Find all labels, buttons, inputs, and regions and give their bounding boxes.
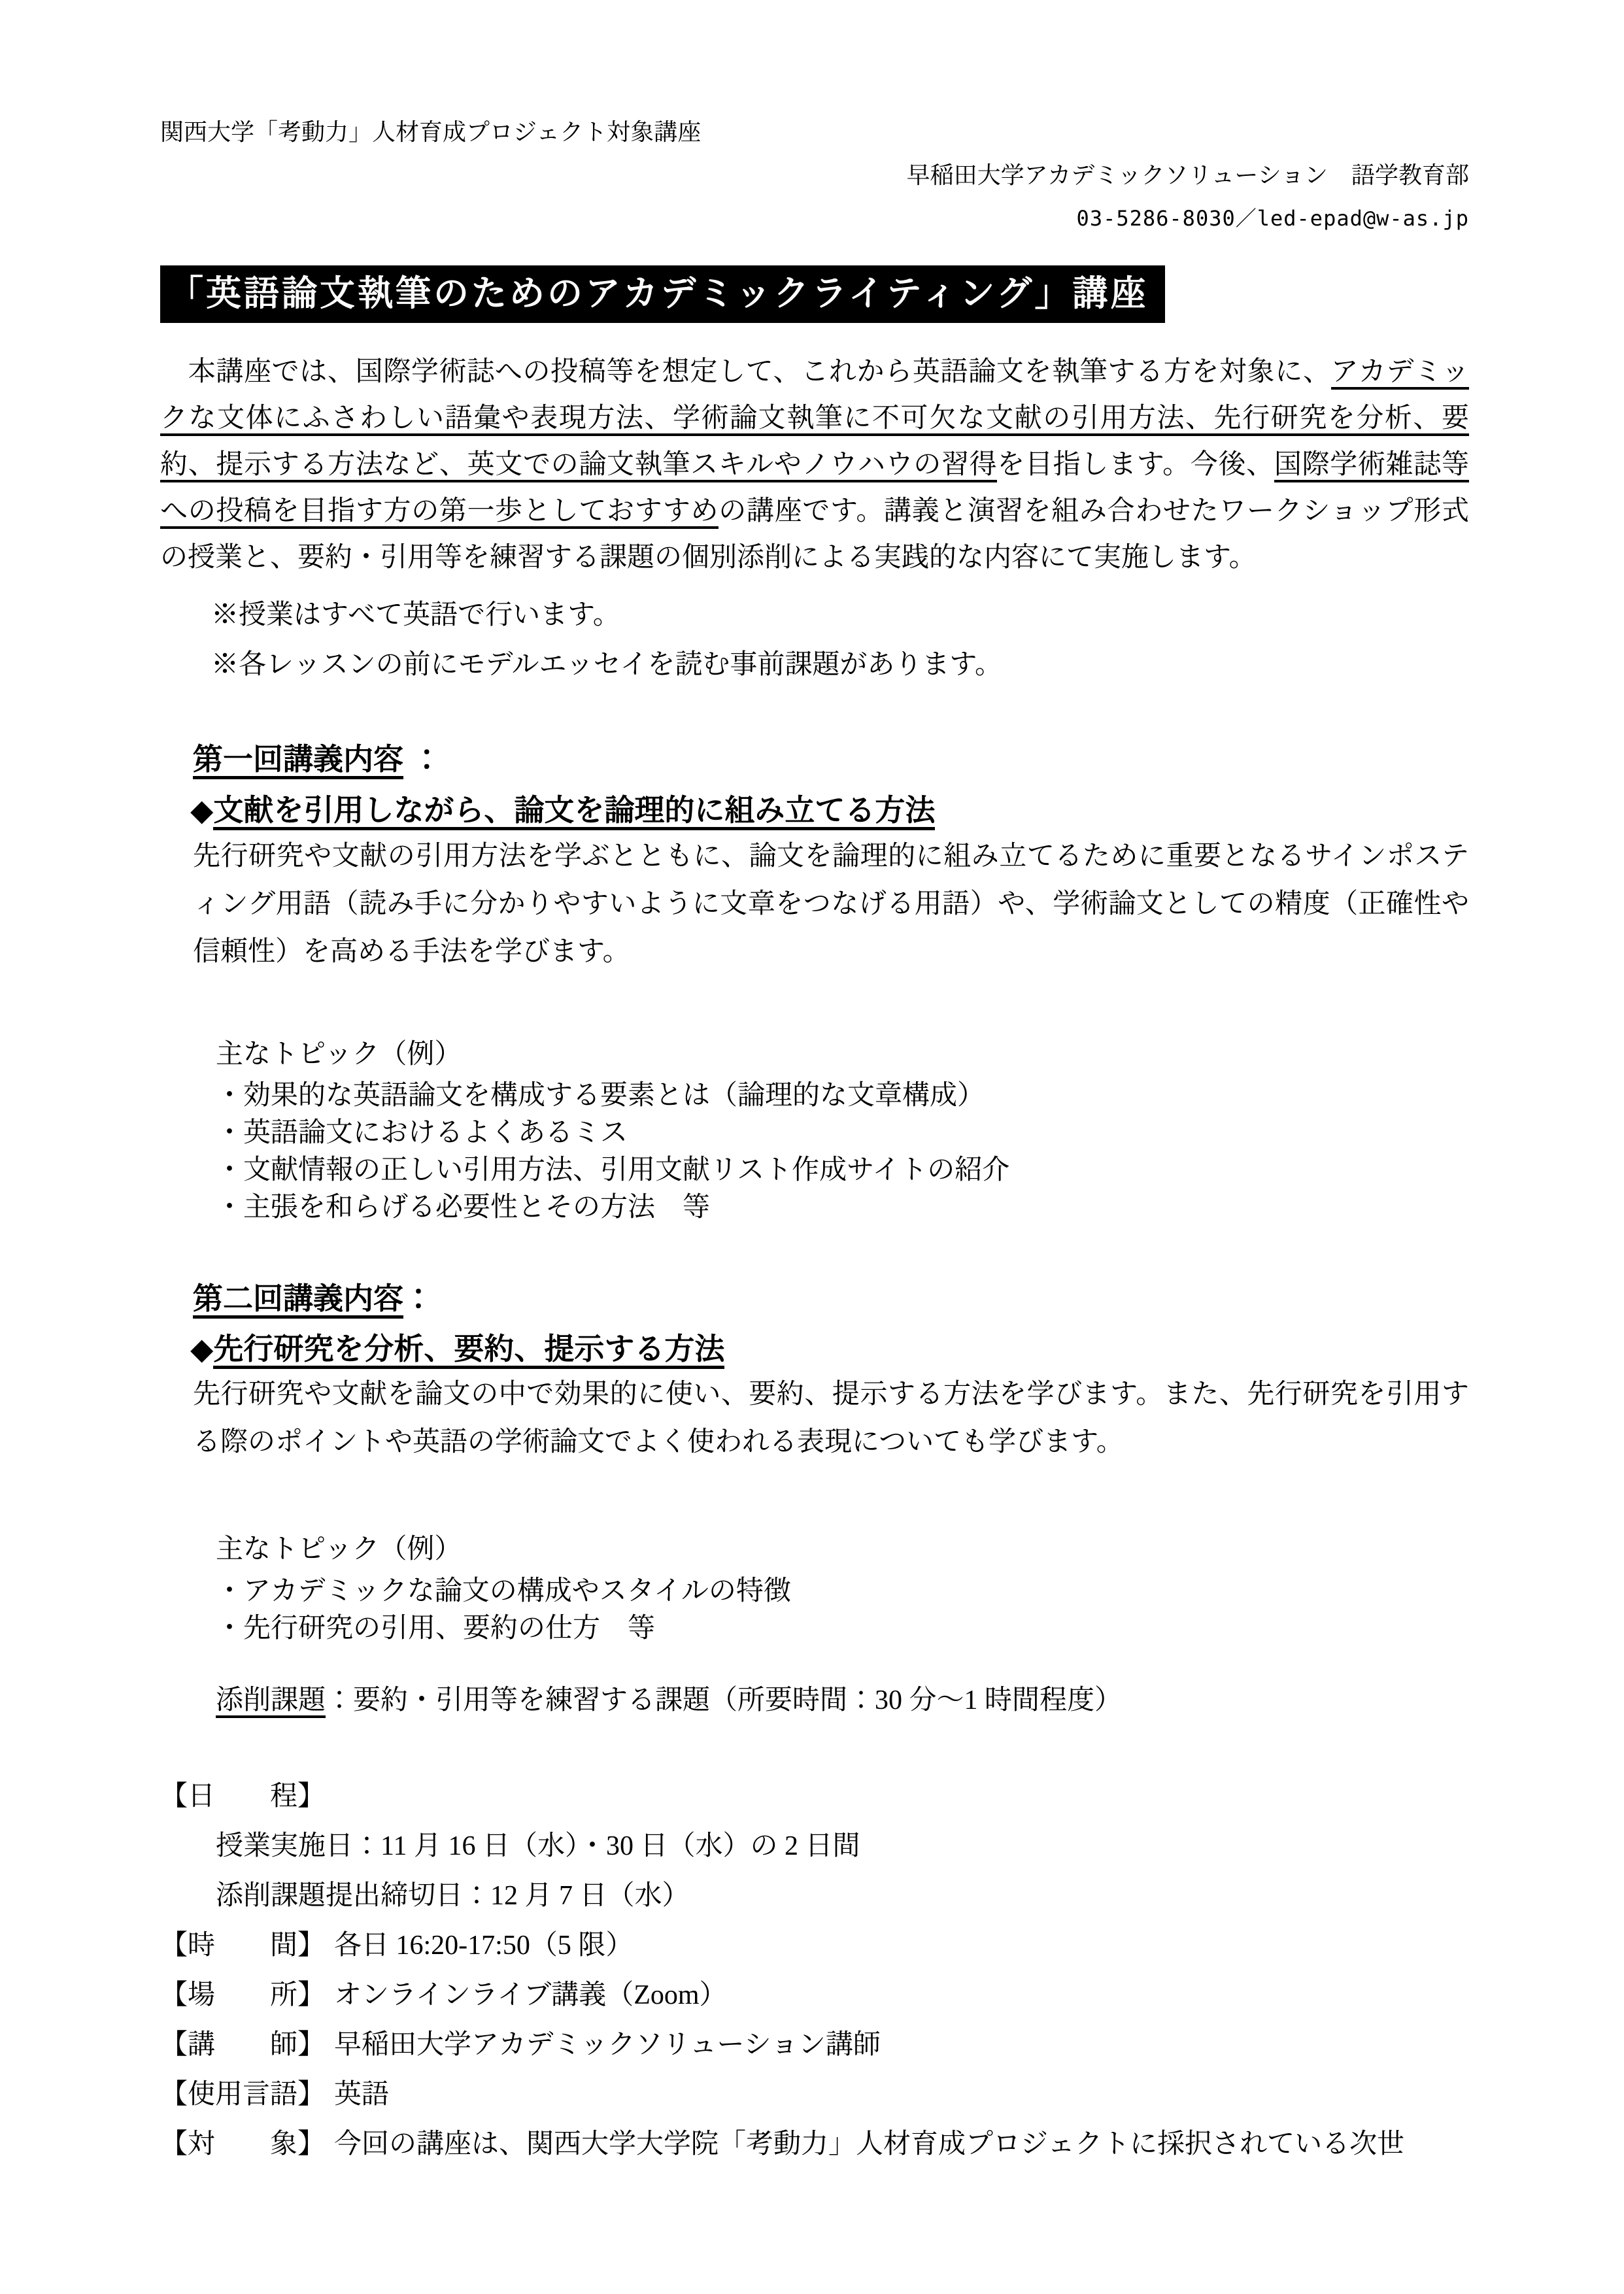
section-2-heading-text: 第二回講義内容 xyxy=(193,1281,403,1319)
header-organization: 早稲田大学アカデミックソリューション 語学教育部 xyxy=(160,161,1469,190)
page-content: 関西大学「考動力」人材育成プロジェクト対象講座 早稲田大学アカデミックソリューシ… xyxy=(0,0,1624,2163)
document-page: 関西大学「考動力」人材育成プロジェクト対象講座 早稲田大学アカデミックソリューシ… xyxy=(0,0,1624,2294)
topic-item: ・先行研究の引用、要約の仕方 等 xyxy=(216,1610,1469,1647)
section-2-heading: 第二回講義内容： xyxy=(160,1279,1469,1318)
time-row: 【時 間】各日 16:20-17:50（5 限） xyxy=(160,1927,1469,1964)
section-2-topics-label: 主なトピック（例） xyxy=(160,1531,1469,1568)
note-english-only: ※授業はすべて英語で行います。 xyxy=(211,590,1469,640)
section-1-heading-text: 第一回講義内容 xyxy=(193,742,403,779)
note-pre-assignment: ※各レッスンの前にモデルエッセイを読む事前課題があります。 xyxy=(211,640,1469,690)
intro-segment: を目指します。今後、 xyxy=(997,450,1274,480)
section-1-heading-colon: ： xyxy=(403,742,442,776)
course-title-banner: 「英語論文執筆のためのアカデミックライティング」講座 xyxy=(160,265,1165,323)
header-project-line: 関西大学「考動力」人材育成プロジェクト対象講座 xyxy=(160,118,1469,146)
topic-item: ・効果的な英語論文を構成する要素とは（論理的な文章構成） xyxy=(216,1077,1469,1115)
intro-notes: ※授業はすべて英語で行います。 ※各レッスンの前にモデルエッセイを読む事前課題が… xyxy=(160,590,1469,690)
instructor-row: 【講 師】早稲田大学アカデミックソリューション講師 xyxy=(160,2027,1469,2063)
header-contact: 03-5286-8030／led-epad@w-as.jp xyxy=(160,205,1469,231)
section-1-paragraph: 先行研究や文献の引用方法を学ぶとともに、論文を論理的に組み立てるために重要となる… xyxy=(193,833,1469,976)
course-info-section: 【日 程】 授業実施日：11 月 16 日（水）・30 日（水）の 2 日間 添… xyxy=(160,1778,1469,2163)
target-row: 【対 象】今回の講座は、関西大学大学院「考動力」人材育成プロジェクトに採択されて… xyxy=(160,2126,1469,2163)
language-label: 【使用言語】 xyxy=(160,2080,325,2110)
language-value: 英語 xyxy=(334,2080,389,2110)
place-label: 【場 所】 xyxy=(160,1980,325,2010)
topic-item: ・アカデミックな論文の構成やスタイルの特徴 xyxy=(216,1573,1469,1610)
topic-item: ・文献情報の正しい引用方法、引用文献リスト作成サイトの紹介 xyxy=(216,1152,1469,1189)
intro-segment: 本講座では、国際学術誌への投稿等を想定して、これから英語論文を執筆する方を対象に… xyxy=(160,357,1331,387)
time-value: 各日 16:20-17:50（5 限） xyxy=(334,1931,633,1961)
instructor-value: 早稲田大学アカデミックソリューション講師 xyxy=(334,2030,881,2060)
section-2-topics-list: ・アカデミックな論文の構成やスタイルの特徴 ・先行研究の引用、要約の仕方 等 xyxy=(160,1573,1469,1647)
assignment-description: ：要約・引用等を練習する課題（所要時間：30 分～1 時間程度） xyxy=(326,1685,1122,1715)
section-2-paragraph: 先行研究や文献を論文の中で効果的に使い、要約、提示する方法を学びます。また、先行… xyxy=(193,1371,1469,1466)
intro-paragraph: 本講座では、国際学術誌への投稿等を想定して、これから英語論文を執筆する方を対象に… xyxy=(160,349,1469,581)
section-1-topics-label: 主なトピック（例） xyxy=(160,1036,1469,1073)
section-2-heading-colon: ： xyxy=(403,1281,433,1315)
time-label: 【時 間】 xyxy=(160,1931,325,1961)
section-1-topics-list: ・効果的な英語論文を構成する要素とは（論理的な文章構成） ・英語論文におけるよく… xyxy=(160,1077,1469,1226)
topic-item: ・英語論文におけるよくあるミス xyxy=(216,1115,1469,1152)
assignment-line: 添削課題：要約・引用等を練習する課題（所要時間：30 分～1 時間程度） xyxy=(160,1681,1469,1720)
section-1-heading: 第一回講義内容 ： xyxy=(160,739,1469,779)
target-value: 今回の講座は、関西大学大学院「考動力」人材育成プロジェクトに採択されている次世 xyxy=(334,2129,1404,2159)
diamond-bullet-icon: ◆ xyxy=(190,1332,213,1366)
section-1-subheading-text: 文献を引用しながら、論文を論理的に組み立てる方法 xyxy=(213,793,935,830)
place-row: 【場 所】オンラインライブ講義（Zoom） xyxy=(160,1977,1469,2014)
target-label: 【対 象】 xyxy=(160,2129,325,2159)
assignment-label: 添削課題 xyxy=(216,1685,326,1718)
instructor-label: 【講 師】 xyxy=(160,2030,325,2060)
section-2-subheading: ◆先行研究を分析、要約、提示する方法 xyxy=(160,1329,1469,1368)
schedule-label: 【日 程】 xyxy=(160,1781,325,1812)
schedule-deadline: 添削課題提出締切日：12 月 7 日（水） xyxy=(160,1878,1469,1914)
section-2-subheading-text: 先行研究を分析、要約、提示する方法 xyxy=(213,1332,724,1369)
diamond-bullet-icon: ◆ xyxy=(190,793,213,827)
language-row: 【使用言語】英語 xyxy=(160,2076,1469,2113)
course-title-text: 「英語論文執筆のためのアカデミックライティング」講座 xyxy=(168,274,1148,313)
schedule-class-dates: 授業実施日：11 月 16 日（水）・30 日（水）の 2 日間 xyxy=(160,1828,1469,1864)
topic-item: ・主張を和らげる必要性とその方法 等 xyxy=(216,1189,1469,1226)
place-value: オンラインライブ講義（Zoom） xyxy=(334,1980,727,2010)
schedule-row: 【日 程】 xyxy=(160,1778,1469,1815)
section-1-subheading: ◆文献を引用しながら、論文を論理的に組み立てる方法 xyxy=(160,790,1469,830)
